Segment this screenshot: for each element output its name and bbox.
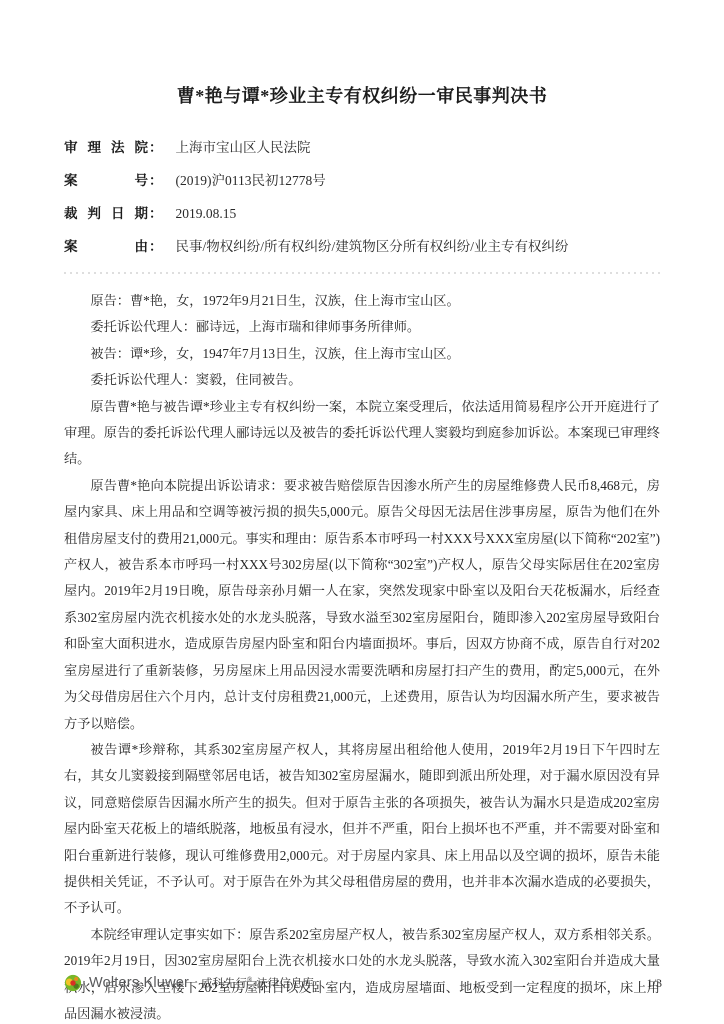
court-findings-paragraph: 本院经审理认定事实如下：原告系202室房屋产权人，被告系302室房屋产权人，双方… [64, 922, 660, 1024]
meta-label-case-number: 案号 [64, 171, 148, 191]
footer-brand-group: Wolters Kluwer 威科先行®·法律信息库 [64, 974, 314, 992]
meta-row-cause-of-action: 案由： 民事/物权纠纷/所有权纠纷/建筑物区分所有权纠纷/业主专有权纠纷 [64, 237, 660, 257]
wolters-kluwer-wordmark: Wolters Kluwer [89, 975, 189, 991]
meta-label-judgment-date: 裁判日期 [64, 204, 148, 224]
meta-row-judgment-date: 裁判日期： 2019.08.15 [64, 204, 660, 224]
wolters-kluwer-logo-icon [64, 974, 82, 992]
judgment-body: 原告：曹*艳，女，1972年9月21日生，汉族，住上海市宝山区。 委托诉讼代理人… [64, 288, 660, 1024]
plaintiff-line: 原告：曹*艳，女，1972年9月21日生，汉族，住上海市宝山区。 [64, 288, 660, 314]
defendant-agent-line: 委托诉讼代理人：窦毅，住同被告。 [64, 367, 660, 393]
product-name-text: 威科先行 [201, 978, 247, 990]
plaintiff-claims-paragraph: 原告曹*艳向本院提出诉讼请求：要求被告赔偿原告因渗水所产生的房屋维修费人民币8,… [64, 473, 660, 737]
meta-colon: ： [149, 171, 163, 191]
meta-row-case-number: 案号： (2019)沪0113民初12778号 [64, 171, 660, 191]
meta-value-case-number: (2019)沪0113民初12778号 [176, 171, 326, 191]
product-suffix-text: ·法律信息库 [252, 978, 313, 990]
dotted-divider [64, 272, 660, 274]
meta-value-cause-of-action: 民事/物权纠纷/所有权纠纷/建筑物区分所有权纠纷/业主专有权纠纷 [176, 237, 569, 257]
meta-value-judgment-date: 2019.08.15 [176, 204, 237, 224]
defendant-line: 被告：谭*珍，女，1947年7月13日生，汉族，住上海市宝山区。 [64, 341, 660, 367]
page-number: 1/3 [647, 976, 662, 991]
meta-colon: ： [149, 204, 163, 224]
document-content: 曹*艳与谭*珍业主专有权纠纷一审民事判决书 审理法院： 上海市宝山区人民法院 案… [0, 0, 724, 1024]
case-metadata: 审理法院： 上海市宝山区人民法院 案号： (2019)沪0113民初12778号… [64, 138, 660, 257]
defendant-defense-paragraph: 被告谭*珍辩称，其系302室房屋产权人，其将房屋出租给他人使用，2019年2月1… [64, 737, 660, 922]
meta-value-court: 上海市宝山区人民法院 [176, 138, 311, 158]
page-footer: Wolters Kluwer 威科先行®·法律信息库 1/3 [64, 974, 662, 992]
meta-colon: ： [149, 138, 163, 158]
meta-colon: ： [149, 237, 163, 257]
procedure-paragraph: 原告曹*艳与被告谭*珍业主专有权纠纷一案，本院立案受理后，依法适用简易程序公开开… [64, 394, 660, 473]
meta-label-cause-of-action: 案由 [64, 237, 148, 257]
meta-row-court: 审理法院： 上海市宝山区人民法院 [64, 138, 660, 158]
meta-label-court: 审理法院 [64, 138, 148, 158]
plaintiff-agent-line: 委托诉讼代理人：郦诗远，上海市瑞和律师事务所律师。 [64, 314, 660, 340]
product-name-label: 威科先行®·法律信息库 [201, 975, 314, 991]
page-title: 曹*艳与谭*珍业主专有权纠纷一审民事判决书 [64, 82, 660, 108]
judgment-document-page: 曹*艳与谭*珍业主专有权纠纷一审民事判决书 审理法院： 上海市宝山区人民法院 案… [0, 0, 724, 1024]
